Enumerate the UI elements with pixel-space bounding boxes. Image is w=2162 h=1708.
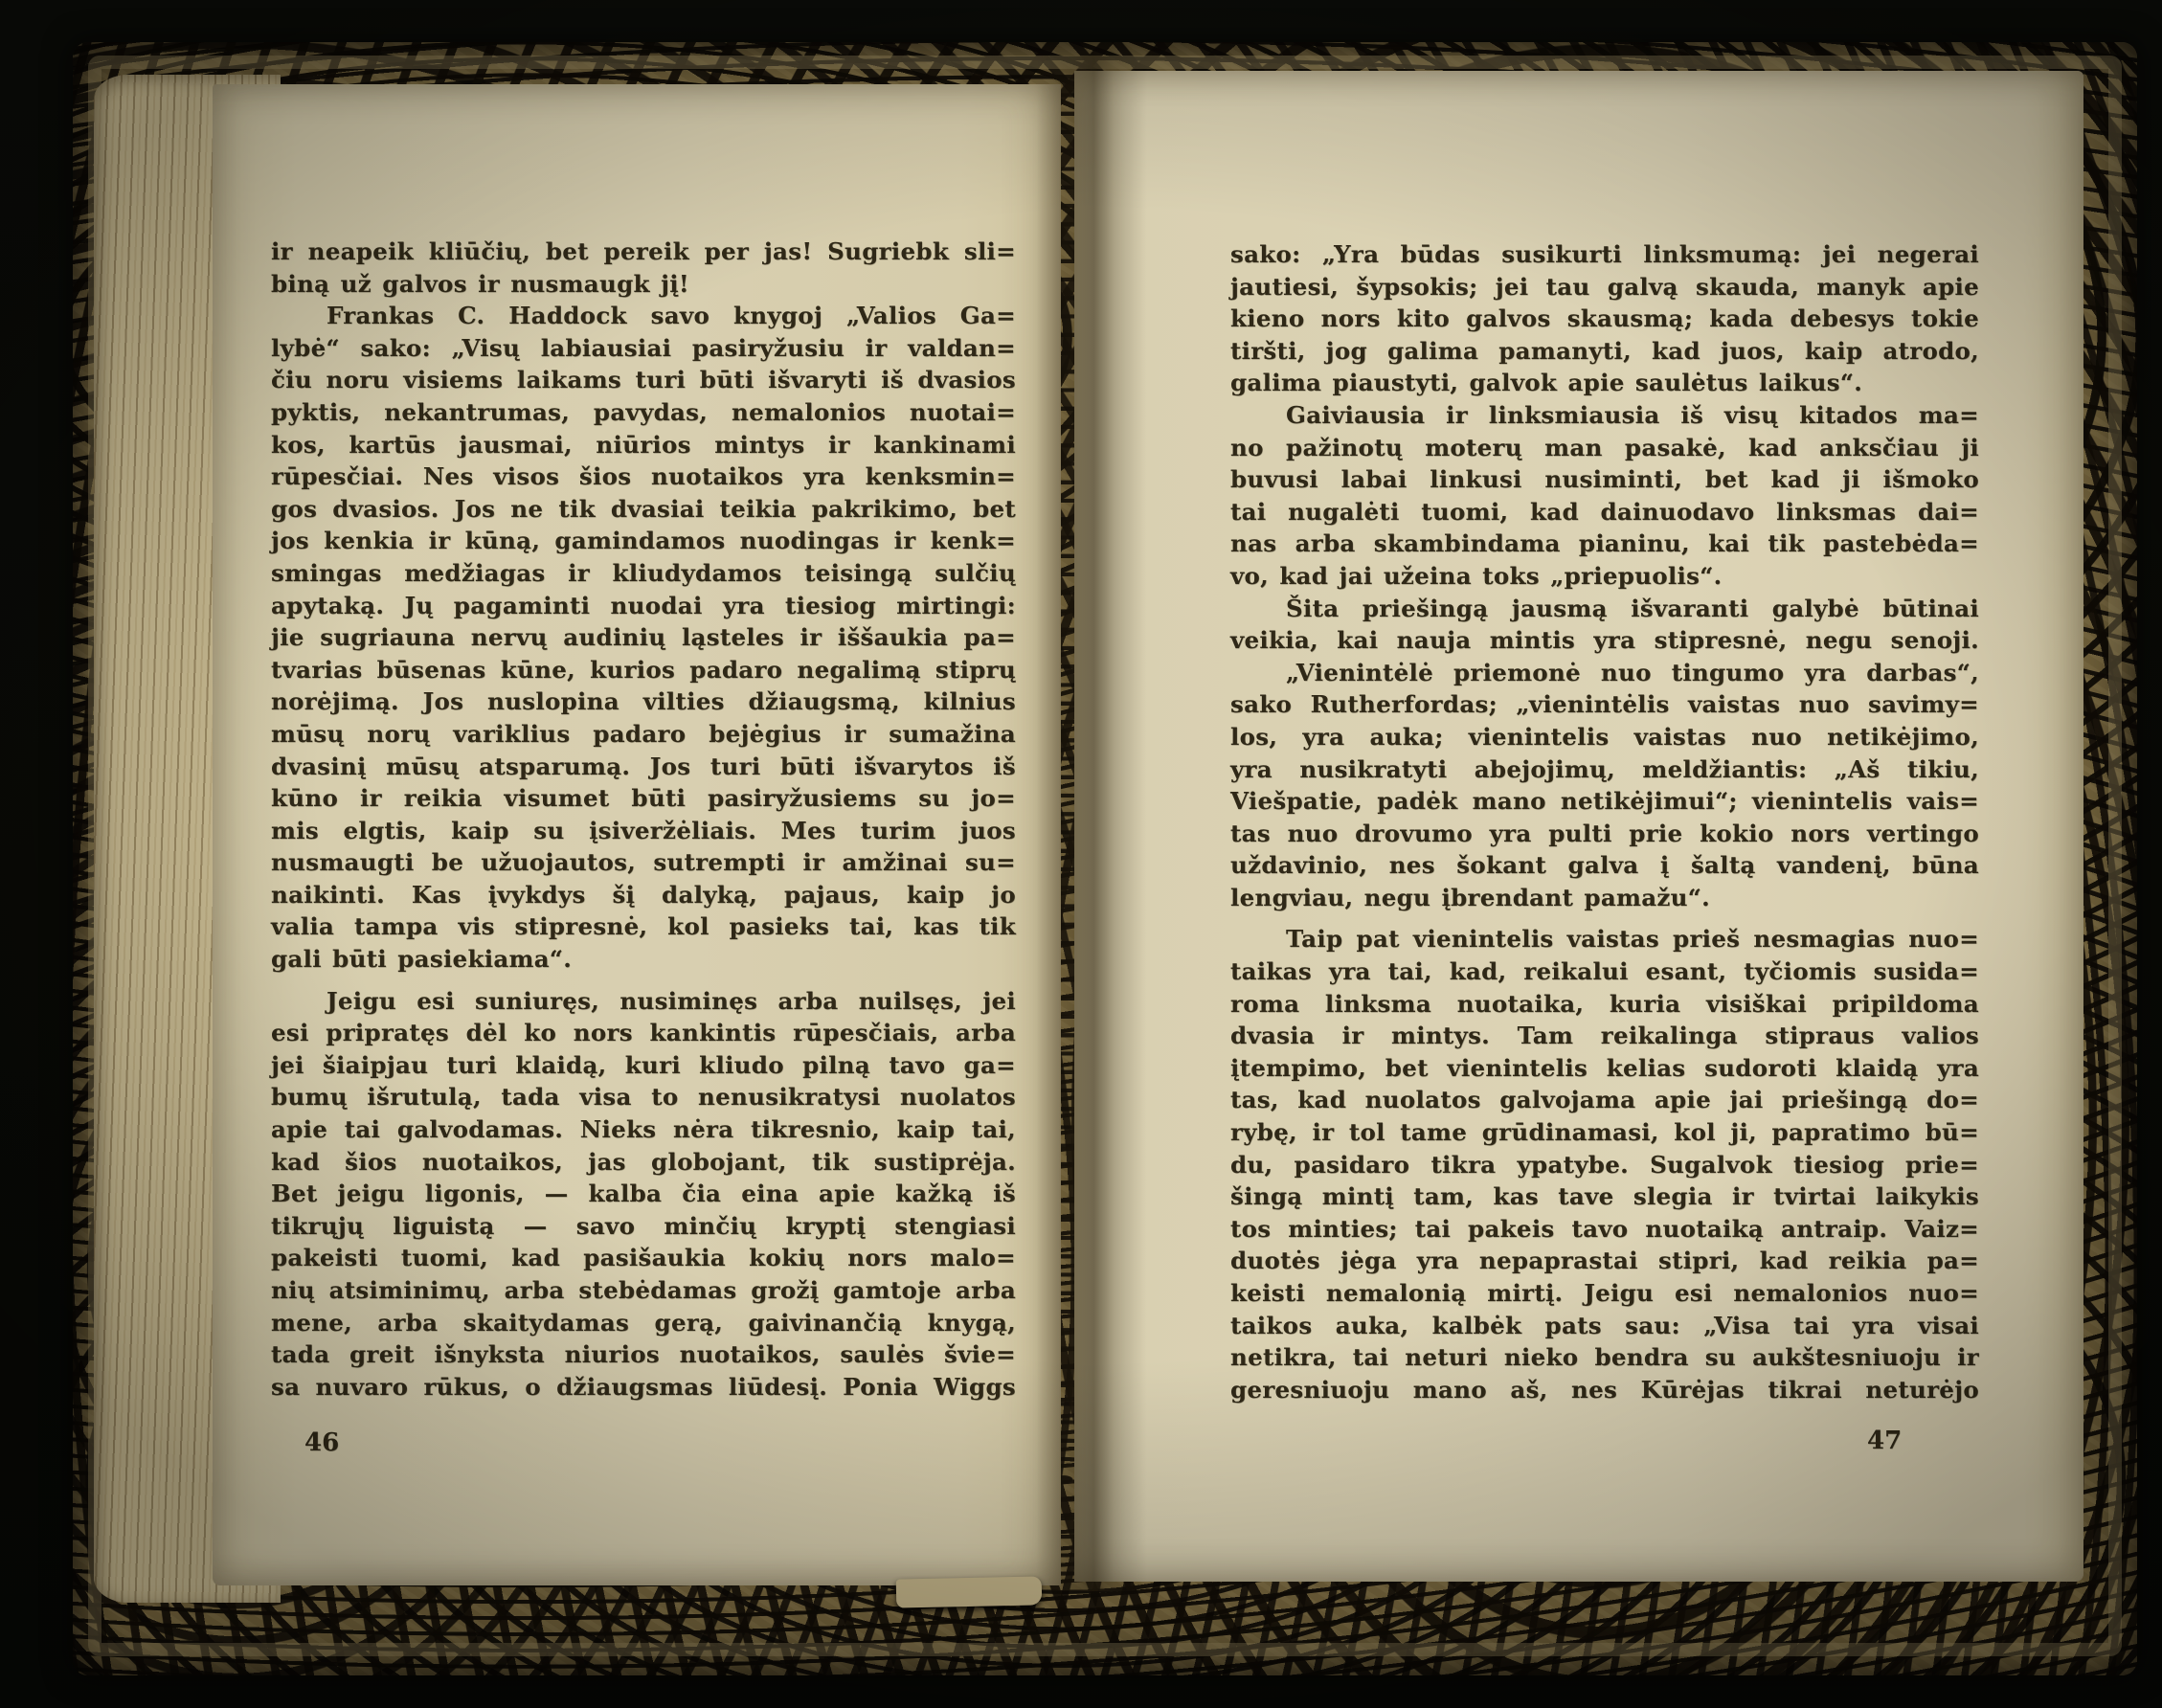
text-line: sa nuvaro rūkus, o džiaugsmas liūdesį. P… bbox=[271, 1371, 1016, 1404]
text-line: tiršti, jog galima pamanyti, kad juos, k… bbox=[1230, 335, 1979, 368]
text-line: jautiesi, šypsokis; jei tau galvą skauda… bbox=[1230, 271, 1979, 303]
text-line: norėjimą. Jos nuslopina vilties džiaugsm… bbox=[271, 685, 1016, 718]
text-line: los, yra auka; vienintelis vaistas nuo n… bbox=[1230, 721, 1979, 753]
text-line: sako Rutherfordas; „vienintėlis vaistas … bbox=[1230, 688, 1979, 721]
text-line: gos dvasios. Jos ne tik dvasiai teikia p… bbox=[271, 493, 1016, 526]
text-line: taikas yra tai, kad, reikalui esant, tyč… bbox=[1230, 955, 1979, 988]
text-line: sako: „Yra būdas susikurti linksmumą: je… bbox=[1230, 238, 1979, 271]
text-line: dvasinį mūsų atsparumą. Jos turi būti iš… bbox=[271, 751, 1016, 783]
text-line: kūno ir reikia visumet būti pasiryžusiem… bbox=[271, 782, 1016, 815]
text-line: kieno nors kito galvos skausmą; kada deb… bbox=[1230, 303, 1979, 335]
text-line: lengviau, negu įbrendant pamažu“. bbox=[1230, 882, 1979, 914]
text-line: lybė“ sako: „Visų labiausiai pasiryžusiu… bbox=[271, 332, 1016, 365]
text-line: tvarias būsenas kūne, kurios padaro nega… bbox=[271, 654, 1016, 686]
text-line: roma linksma nuotaika, kuria visiškai pr… bbox=[1230, 988, 1979, 1021]
text-line: valia tampa vis stipresnė, kol pasieks t… bbox=[271, 910, 1016, 943]
text-line: Viešpatie, padėk mano netikėjimui“; vien… bbox=[1230, 785, 1979, 818]
text-line: netikra, tai neturi nieko bendra su aukš… bbox=[1230, 1341, 1979, 1374]
right-page-number: 47 bbox=[1867, 1427, 1902, 1455]
text-line: Bet jeigu ligonis, — kalba čia eina apie… bbox=[271, 1178, 1016, 1210]
text-line: esi pripratęs dėl ko nors kankintis rūpe… bbox=[271, 1017, 1016, 1049]
text-line: naikinti. Kas įvykdys šį dalyką, pajaus,… bbox=[271, 879, 1016, 911]
text-line: tos minties; tai pakeis tavo nuotaiką an… bbox=[1230, 1213, 1979, 1246]
text-line: mūsų norų variklius padaro bejėgius ir s… bbox=[271, 718, 1016, 751]
text-line: Gaiviausia ir linksmiausia iš visų kitad… bbox=[1230, 399, 1979, 432]
text-line: smingas medžiagas ir kliudydamos teising… bbox=[271, 557, 1016, 590]
text-line: keisti nemalonią mirtį. Jeigu esi nemalo… bbox=[1230, 1277, 1979, 1310]
text-line: uždavinio, nes šokant galva į šaltą vand… bbox=[1230, 849, 1979, 882]
text-line: mene, arba skaitydamas gerą, gaivinančią… bbox=[271, 1307, 1016, 1339]
text-line: tada greit išnyksta niurios nuotaikos, s… bbox=[271, 1338, 1016, 1371]
text-line: du, pasidaro tikra ypatybe. Sugalvok tie… bbox=[1230, 1149, 1979, 1181]
text-line: rybę, ir tol tame grūdinamasi, kol ji, p… bbox=[1230, 1116, 1979, 1149]
text-line: gali būti pasiekiama“. bbox=[271, 943, 1016, 976]
text-line: nusmaugti be užuojautos, sutrempti ir am… bbox=[271, 846, 1016, 879]
text-line: tas nuo drovumo yra pulti prie kokio nor… bbox=[1230, 818, 1979, 850]
text-line: tikrųjų liguistą — savo minčių kryptį st… bbox=[271, 1210, 1016, 1243]
text-line: vo, kad jai užeina toks „priepuolis“. bbox=[1230, 560, 1979, 593]
text-line: tai nugalėti tuomi, kad dainuodavo links… bbox=[1230, 496, 1979, 528]
text-line: yra nusikratyti abejojimų, meldžiantis: … bbox=[1230, 753, 1979, 786]
text-line: įtempimo, bet vienintelis kelias sudorot… bbox=[1230, 1052, 1979, 1085]
text-line: nių atsiminimų, arba stebėdamas grožį ga… bbox=[271, 1274, 1016, 1307]
text-line: ir neapeik kliūčių, bet pereik per jas! … bbox=[271, 236, 1016, 268]
text-line: buvusi labai linkusi nusiminti, bet kad … bbox=[1230, 463, 1979, 496]
text-line: dvasia ir mintys. Tam reikalinga stiprau… bbox=[1230, 1020, 1979, 1052]
text-line: geresniuoju mano aš, nes Kūrėjas tikrai … bbox=[1230, 1374, 1979, 1406]
text-line: pyktis, nekantrumas, pavydas, nemalonios… bbox=[271, 396, 1016, 429]
left-page-number: 46 bbox=[304, 1428, 339, 1457]
text-line: galima piaustyti, galvok apie saulėtus l… bbox=[1230, 367, 1979, 399]
text-line: kos, kartūs jausmai, niūrios mintys ir k… bbox=[271, 429, 1016, 461]
text-line: bumų išrutulą, tada visa to nenusikratys… bbox=[271, 1081, 1016, 1113]
text-line: jei šiaipjau turi klaidą, kuri kliudo pi… bbox=[271, 1049, 1016, 1082]
text-line: Jeigu esi suniuręs, nusiminęs arba nuils… bbox=[271, 985, 1016, 1018]
text-line: nas arba skambindama pianinu, kai tik pa… bbox=[1230, 528, 1979, 560]
text-line: Taip pat vienintelis vaistas prieš nesma… bbox=[1230, 923, 1979, 955]
left-page-text: ir neapeik kliūčių, bet pereik per jas! … bbox=[271, 236, 1016, 1403]
text-line: kad šios nuotaikos, jas globojant, tik s… bbox=[271, 1146, 1016, 1179]
text-line: čiu noru visiems laikams turi būti išvar… bbox=[271, 364, 1016, 396]
text-line: tas, kad nuolatos galvojama apie jai pri… bbox=[1230, 1084, 1979, 1116]
text-line: šingą mintį tam, kas tave slegia ir tvir… bbox=[1230, 1180, 1979, 1213]
text-line: jie sugriauna nervų audinių ląsteles ir … bbox=[271, 621, 1016, 654]
text-line: apie tai galvodamas. Nieks nėra tikresni… bbox=[271, 1113, 1016, 1146]
text-line: rūpesčiai. Nes visos šios nuotaikos yra … bbox=[271, 461, 1016, 493]
text-line: taikos auka, kalbėk pats sau: „Visa tai … bbox=[1230, 1310, 1979, 1342]
text-line: jos kenkia ir kūną, gamindamos nuodingas… bbox=[271, 525, 1016, 557]
text-line: no pažinotų moterų man pasakė, kad anksč… bbox=[1230, 432, 1979, 464]
text-line: apytaką. Jų pagaminti nuodai yra tiesiog… bbox=[271, 590, 1016, 622]
right-page-text: sako: „Yra būdas susikurti linksmumą: je… bbox=[1230, 238, 1979, 1405]
text-line: „Vienintėlė priemonė nuo tingumo yra dar… bbox=[1230, 657, 1979, 689]
text-line: Frankas C. Haddock savo knygoj „Valios G… bbox=[271, 300, 1016, 332]
torn-paper-edge bbox=[896, 1576, 1043, 1607]
text-line: duotės jėga yra nepaprastai stipri, kad … bbox=[1230, 1245, 1979, 1277]
text-line: pakeisti tuomi, kad pasišaukia kokių nor… bbox=[271, 1242, 1016, 1274]
text-line: veikia, kai nauja mintis yra stipresnė, … bbox=[1230, 624, 1979, 657]
text-line: mis elgtis, kaip su įsiveržėliais. Mes t… bbox=[271, 815, 1016, 847]
photo-background: ir neapeik kliūčių, bet pereik per jas! … bbox=[0, 0, 2162, 1708]
text-line: Šita priešingą jausmą išvaranti galybė b… bbox=[1230, 593, 1979, 625]
text-line: biną už galvos ir nusmaugk jį! bbox=[271, 268, 1016, 301]
